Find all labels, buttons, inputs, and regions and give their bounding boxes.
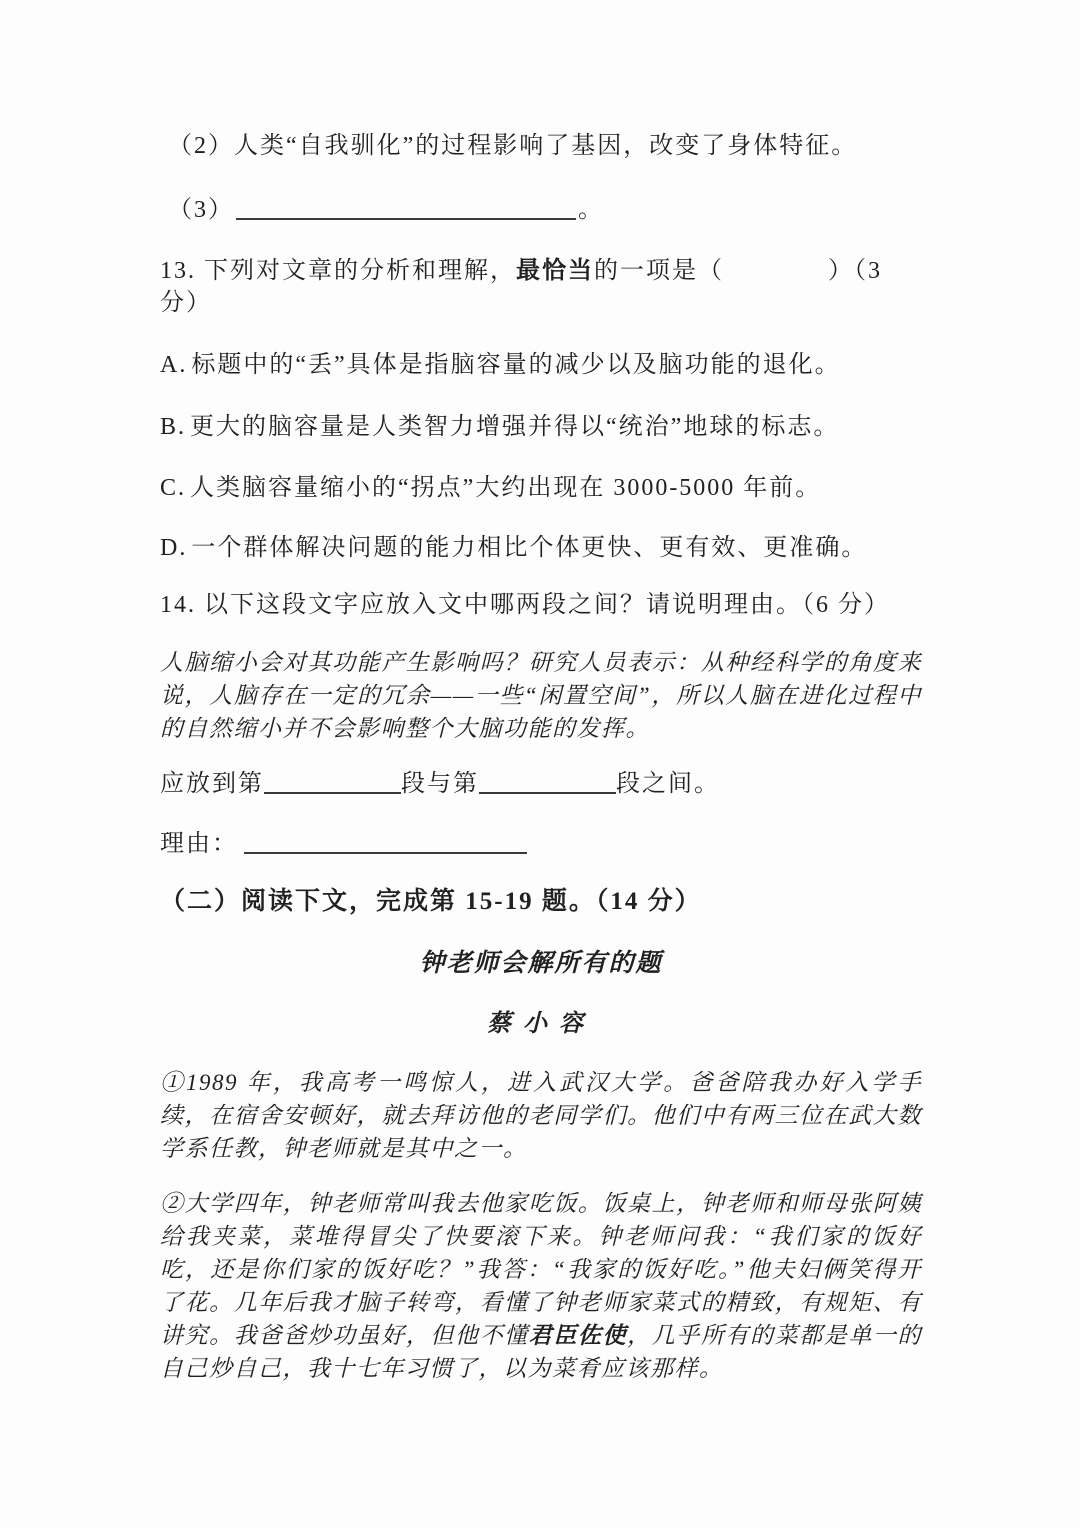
sub-item-3-line: （3）。 xyxy=(160,194,922,226)
sub-item-2-label: （2） xyxy=(168,133,234,159)
q14-answer-line: 应放到第段与第段之间。 xyxy=(160,768,922,800)
sub-item-2-line: （2）人类“自我驯化”的过程影响了基因，改变了身体特征。 xyxy=(160,130,922,162)
essay-paragraph-2: ②大学四年，钟老师常叫我去他家吃饭。饭桌上，钟老师和师母张阿姨给我夹菜，菜堆得冒… xyxy=(160,1187,922,1385)
answer-blank-3 xyxy=(236,198,576,220)
q13-option-d-text: 一个群体解决问题的能力相比个体更快、更有效、更准确。 xyxy=(191,535,867,561)
q14-answer-blank-first xyxy=(264,772,401,794)
q13-option-a-label: A. xyxy=(160,352,187,378)
essay-title: 钟老师会解所有的题 xyxy=(160,948,922,980)
q13-option-b: B.更大的脑容量是人类智力增强并得以“统治”地球的标志。 xyxy=(160,411,922,443)
sub-item-2-text: 人类“自我驯化”的过程影响了基因，改变了身体特征。 xyxy=(234,133,857,159)
q13-option-d-label: D. xyxy=(160,535,187,561)
q13-stem-emphasis: 最恰当 xyxy=(516,258,594,284)
q13-stem: 13. 下列对文章的分析和理解，最恰当的一项是（ ）（3 分） xyxy=(160,255,922,319)
q13-option-a: A.标题中的“丢”具体是指脑容量的减少以及脑功能的退化。 xyxy=(160,349,922,381)
q13-option-b-label: B. xyxy=(160,414,186,440)
sub-item-3-label: （3） xyxy=(168,197,234,223)
q13-option-a-text: 标题中的“丢”具体是指脑容量的减少以及脑功能的退化。 xyxy=(191,352,840,378)
q14-answer-seg-3: 段之间。 xyxy=(616,771,720,797)
q13-option-d: D.一个群体解决问题的能力相比个体更快、更有效、更准确。 xyxy=(160,532,922,564)
essay-paragraph-2-emphasis: 君臣佐使 xyxy=(529,1323,627,1348)
q14-answer-blank-second xyxy=(479,772,616,794)
q14-answer-seg-2: 段与第 xyxy=(401,771,479,797)
essay-author: 蔡小容 xyxy=(160,1008,922,1040)
page-content: （2）人类“自我驯化”的过程影响了基因，改变了身体特征。 （3）。 13. 下列… xyxy=(160,130,922,1385)
q13-stem-pre: 13. 下列对文章的分析和理解， xyxy=(160,258,516,284)
q13-option-c-text: 人类脑容量缩小的“拐点”大约出现在 3000-5000 年前。 xyxy=(190,475,821,501)
section-two-header: （二）阅读下文，完成第 15-19 题。（14 分） xyxy=(160,886,922,918)
q14-reason-label: 理由： xyxy=(160,831,238,857)
sub-item-3-period: 。 xyxy=(578,197,604,223)
q13-option-b-text: 更大的脑容量是人类智力增强并得以“统治”地球的标志。 xyxy=(190,414,839,440)
q14-stem: 14. 以下这段文字应放入文中哪两段之间？请说明理由。（6 分） xyxy=(160,589,922,621)
q14-answer-seg-1: 应放到第 xyxy=(160,771,264,797)
q14-insert-passage: 人脑缩小会对其功能产生影响吗？研究人员表示：从种经科学的角度来说，人脑存在一定的… xyxy=(160,646,922,745)
essay-paragraph-1: ①1989 年，我高考一鸣惊人，进入武汉大学。爸爸陪我办好入学手续，在宿舍安顿好… xyxy=(160,1066,922,1165)
q13-option-c-label: C. xyxy=(160,475,186,501)
q14-reason-blank xyxy=(244,832,527,854)
q14-reason-line: 理由： xyxy=(160,828,922,860)
exam-page: （2）人类“自我驯化”的过程影响了基因，改变了身体特征。 （3）。 13. 下列… xyxy=(0,0,1080,1528)
q13-option-c: C.人类脑容量缩小的“拐点”大约出现在 3000-5000 年前。 xyxy=(160,472,922,504)
